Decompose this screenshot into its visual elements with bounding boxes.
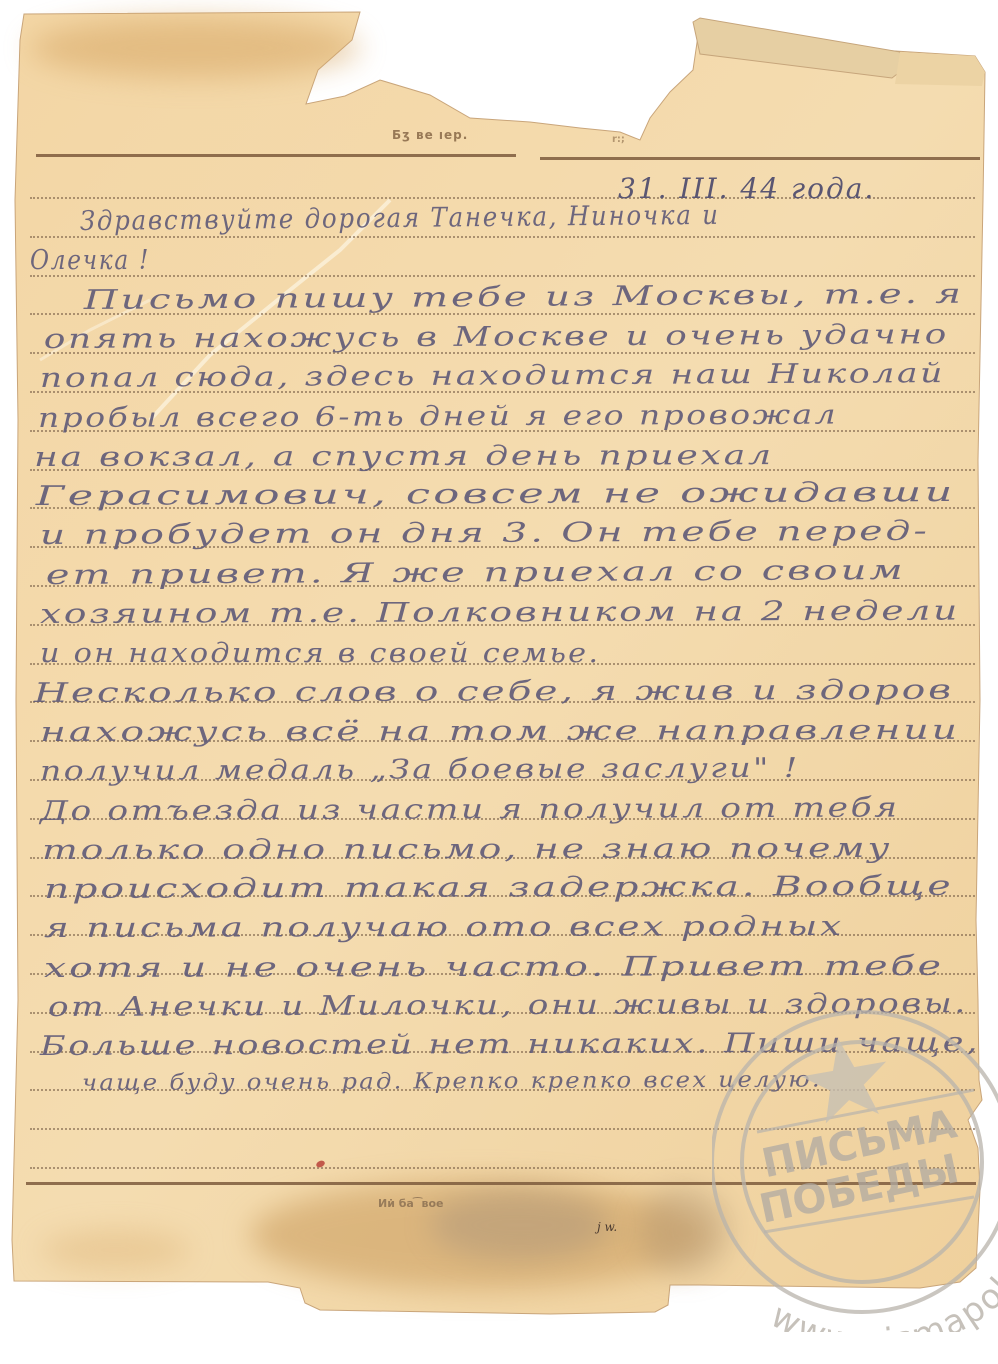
- top-rule: [36, 154, 516, 157]
- handwritten-line: чаще буду очень рад. Крепко крепко всех …: [82, 1067, 822, 1095]
- handwritten-line: Олечка !: [30, 245, 150, 276]
- handwritten-line: До отъезда из части я получил от тебя: [40, 792, 900, 827]
- handwritten-line: Герасимович, совсем не ожидавши: [36, 477, 956, 512]
- handwritten-line: хотя и не очень часто. Привет тебе: [44, 951, 944, 984]
- printed-footer: Ии̇ ба ͡ вое: [378, 1197, 443, 1210]
- handwritten-line: попал сюда, здесь находится наш Николай: [40, 358, 945, 394]
- handwritten-line: Письмо пишу тебе из Москвы, т.е. я: [84, 278, 965, 315]
- printed-header: Бʒ ве ıер.: [392, 128, 468, 142]
- handwritten-line: опять нахожусь в Москве и очень удачно: [44, 319, 949, 355]
- ruled-line: [30, 275, 975, 277]
- handwritten-line: хозяином т.е. Полковником на 2 недели: [40, 596, 960, 630]
- scanned-letter: Бʒ ве ıер. r:; 31. III. 44 года. Здравст…: [0, 0, 998, 1364]
- printed-header-fragment: r:;: [612, 134, 625, 145]
- ruled-line: [30, 1167, 975, 1169]
- ruled-line: [30, 1128, 975, 1130]
- handwritten-line: получил медаль „За боевые заслуги" !: [40, 753, 800, 787]
- handwritten-line: ет привет. Я же приехал со своим: [46, 555, 906, 591]
- bottom-rule: [26, 1182, 976, 1185]
- handwritten-line: происходит такая задержка. Вообще: [44, 871, 954, 905]
- handwritten-line: Несколько слов о себе, я жив и здоров: [34, 674, 954, 708]
- handwritten-line: Здравствуйте дорогая Танечка, Ниночка и: [80, 200, 720, 237]
- handwritten-line: и он находится в своей семье.: [40, 638, 600, 669]
- handwritten-line: от Анечки и Милочки, они живы и здоровы.: [48, 988, 968, 1023]
- handwritten-line: и пробудет он дня 3. Он тебе перед-: [40, 516, 930, 551]
- top-rule: [540, 157, 980, 160]
- handwritten-line: на вокзал, а спустя день приехал: [34, 440, 774, 473]
- printed-footer-mark: j w.: [597, 1220, 617, 1234]
- handwritten-line: Больше новостей нет никаких. Пиши чаще,: [40, 1028, 980, 1063]
- handwritten-line: нахожусь всё на том же направлении: [40, 715, 960, 748]
- handwritten-line: пробыл всего 6-ть дней я его провожал: [38, 399, 838, 433]
- handwritten-line: только одно письмо, не знаю почему: [42, 833, 892, 866]
- handwritten-line: я письма получаю ото всех родных: [44, 911, 844, 944]
